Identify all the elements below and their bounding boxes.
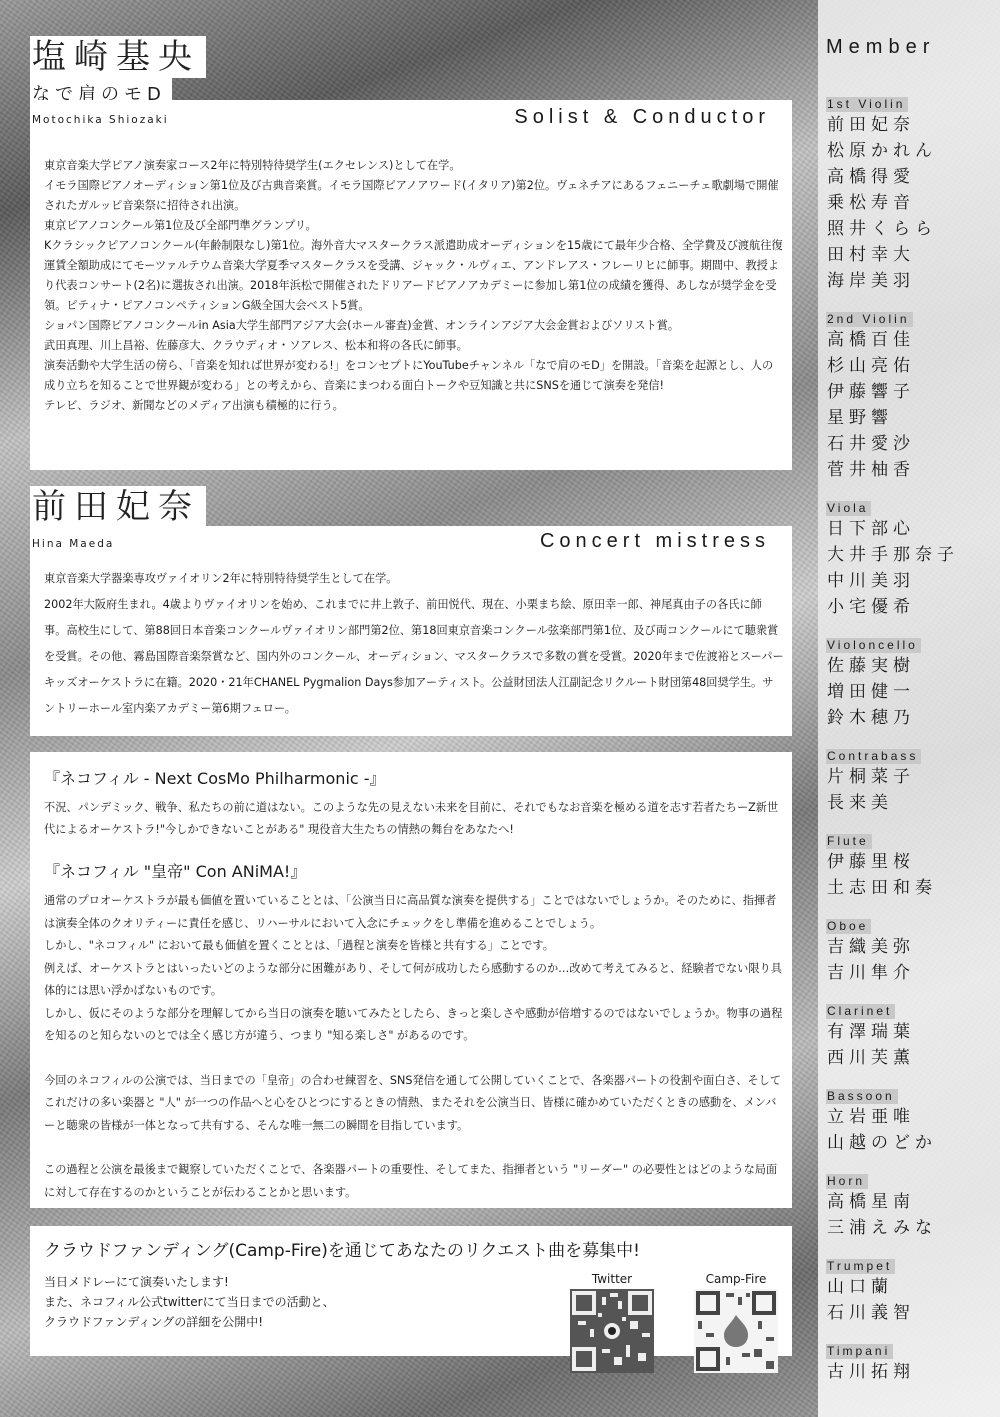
section-label: Violoncello bbox=[826, 638, 921, 653]
member-name: 高橋星南 bbox=[827, 1189, 1000, 1215]
member-name: 乗松寿音 bbox=[827, 190, 1000, 216]
member-name: 片桐菜子 bbox=[827, 764, 1000, 790]
member-section-2nd-violin: 2nd Violin高橋百佳杉山亮佑伊藤響子星野響石井愛沙菅井柚香 bbox=[826, 308, 1000, 483]
member-name: 照井くらら bbox=[827, 216, 1000, 242]
member-name: 西川芙薫 bbox=[827, 1045, 1000, 1071]
cm-bio: 東京音楽大学器楽専攻ヴァイオリン2年に特別特待奨学生として在学。2002年大阪府… bbox=[44, 566, 784, 722]
member-sidebar: Member 1st Violin前田妃奈松原かれん高橋得愛乗松寿音照井くらら田… bbox=[818, 0, 1000, 1417]
section-label: Contrabass bbox=[826, 749, 921, 764]
member-name: 吉川隼介 bbox=[827, 960, 1000, 986]
campfire-qr-code[interactable] bbox=[694, 1289, 778, 1373]
section-label: Oboe bbox=[826, 919, 871, 934]
section-label: Flute bbox=[826, 834, 872, 849]
member-name: 増田健一 bbox=[827, 679, 1000, 705]
member-title: Member bbox=[826, 36, 1000, 59]
member-name: 山越のどか bbox=[827, 1130, 1000, 1156]
member-name: 星野響 bbox=[827, 405, 1000, 431]
member-name: 古川拓翔 bbox=[827, 1359, 1000, 1385]
member-name: 大井手那奈子 bbox=[827, 542, 1000, 568]
section-label: 2nd Violin bbox=[826, 312, 913, 327]
member-name: 前田妃奈 bbox=[827, 112, 1000, 138]
member-section-flute: Flute伊藤里桜土志田和奏 bbox=[826, 830, 1000, 901]
conductor-name-jp: 塩崎基央 bbox=[30, 36, 206, 78]
conductor-panel: Motochika Shiozaki Solist & Conductor 東京… bbox=[30, 100, 792, 470]
member-name: 高橋得愛 bbox=[827, 164, 1000, 190]
member-section-bassoon: Bassoon立岩亜唯山越のどか bbox=[826, 1085, 1000, 1156]
fire-icon bbox=[724, 1315, 748, 1347]
member-section-oboe: Oboe吉織美弥吉川隼介 bbox=[826, 915, 1000, 986]
member-section-trumpet: Trumpet山口蘭石川義智 bbox=[826, 1255, 1000, 1326]
cm-name-en: Hina Maeda bbox=[32, 538, 114, 550]
member-name: 松原かれん bbox=[827, 138, 1000, 164]
member-name: 高橋百佳 bbox=[827, 327, 1000, 353]
bio-line: イモラ国際ピアノオーディション第1位及び古典音楽賞。イモラ国際ピアノアワード(イ… bbox=[44, 176, 784, 216]
qr-twitter-label: Twitter bbox=[570, 1272, 654, 1286]
about-line: しかし、仮にそのような部分を理解してから当日の演奏を聴いてみたとしたら、きっと楽… bbox=[44, 1003, 784, 1048]
member-name: 海岸美羽 bbox=[827, 268, 1000, 294]
bio-line: 2002年大阪府生まれ。4歳よりヴァイオリンを始め、これまでに井上敦子、前田悦代… bbox=[44, 592, 784, 722]
member-name: 立岩亜唯 bbox=[827, 1104, 1000, 1130]
qr-twitter-block: Twitter bbox=[570, 1272, 654, 1373]
about-para-4: この過程と公演を最後まで観察していただくことで、各楽器パートの重要性、そしてまた… bbox=[44, 1159, 784, 1204]
member-name: 土志田和奏 bbox=[827, 875, 1000, 901]
section-label: Clarinet bbox=[826, 1004, 895, 1019]
cm-name-box: 前田妃奈 bbox=[30, 486, 206, 528]
member-name: 石井愛沙 bbox=[827, 431, 1000, 457]
about-para-1: 不況、パンデミック、戦争、私たちの前に道はない。このような先の見えない未来を目前… bbox=[44, 797, 784, 841]
about-para-3: 今回のネコフィルの公演では、当日までの「皇帝」の合わせ練習を、SNS発信を通して… bbox=[44, 1070, 784, 1138]
cm-panel: Hina Maeda Concert mistress 東京音楽大学器楽専攻ヴァ… bbox=[30, 526, 792, 736]
conductor-role: Solist & Conductor bbox=[514, 106, 770, 129]
member-name: 吉織美弥 bbox=[827, 934, 1000, 960]
about-line: 通常のプロオーケストラが最も価値を置いていることとは、「公演当日に高品質な演奏を… bbox=[44, 890, 784, 935]
crowdfunding-panel: クラウドファンディング(Camp-Fire)を通じてあなたのリクエスト曲を募集中… bbox=[30, 1226, 792, 1356]
conductor-name-en: Motochika Shiozaki bbox=[32, 114, 169, 126]
member-name: 小宅優希 bbox=[827, 594, 1000, 620]
member-name: 杉山亮佑 bbox=[827, 353, 1000, 379]
cm-role: Concert mistress bbox=[540, 530, 770, 553]
about-panel: 『ネコフィル - Next CosMo Philharmonic -』 不況、パ… bbox=[30, 752, 792, 1208]
conductor-name-box: 塩崎基央 bbox=[30, 36, 206, 78]
about-heading-2: 『ネコフィル "皇帝" Con ANiMA!』 bbox=[44, 859, 784, 882]
member-name: 三浦えみな bbox=[827, 1215, 1000, 1241]
member-section-timpani: Timpani古川拓翔 bbox=[826, 1340, 1000, 1385]
member-section-1st-violin: 1st Violin前田妃奈松原かれん高橋得愛乗松寿音照井くらら田村幸大海岸美羽 bbox=[826, 93, 1000, 294]
cm-name-jp: 前田妃奈 bbox=[30, 486, 206, 528]
member-section-clarinet: Clarinet有澤瑞葉西川芙薫 bbox=[826, 1000, 1000, 1071]
member-name: 中川美羽 bbox=[827, 568, 1000, 594]
member-section-horn: Horn高橋星南三浦えみな bbox=[826, 1170, 1000, 1241]
member-section-contrabass: Contrabass片桐菜子長来美 bbox=[826, 745, 1000, 816]
bio-line: 東京ピアノコンクール第1位及び全部門準グランプリ。 bbox=[44, 216, 784, 236]
section-label: Trumpet bbox=[826, 1259, 895, 1274]
section-label: Horn bbox=[826, 1174, 868, 1189]
crowdfunding-line: クラウドファンディングの詳細を公開中! bbox=[44, 1312, 335, 1332]
bio-line: 東京音楽大学ピアノ演奏家コース2年に特別特待奨学生(エクセレンス)として在学。 bbox=[44, 156, 784, 176]
member-section-violoncello: Violoncello佐藤実樹増田健一鈴木穂乃 bbox=[826, 634, 1000, 731]
member-name: 石川義智 bbox=[827, 1300, 1000, 1326]
about-line: 例えば、オーケストラとはいったいどのような部分に困難があり、そして何が成功したら… bbox=[44, 958, 784, 1003]
member-name: 佐藤実樹 bbox=[827, 653, 1000, 679]
member-name: 伊藤響子 bbox=[827, 379, 1000, 405]
member-name: 山口蘭 bbox=[827, 1274, 1000, 1300]
member-section-viola: Viola日下部心大井手那奈子中川美羽小宅優希 bbox=[826, 497, 1000, 620]
member-sections: 1st Violin前田妃奈松原かれん高橋得愛乗松寿音照井くらら田村幸大海岸美羽… bbox=[826, 93, 1000, 1385]
bio-line: ショパン国際ピアノコンクールin Asia大学生部門アジア大会(ホール審査)金賞… bbox=[44, 316, 784, 336]
qr-pattern-icon bbox=[694, 1289, 778, 1373]
bio-line: 演奏活動や大学生活の傍ら、「音楽を知れば世界が変わる!」をコンセプトにYouTu… bbox=[44, 356, 784, 396]
member-name: 長来美 bbox=[827, 790, 1000, 816]
member-name: 菅井柚香 bbox=[827, 457, 1000, 483]
conductor-bio: 東京音楽大学ピアノ演奏家コース2年に特別特待奨学生(エクセレンス)として在学。イ… bbox=[44, 156, 784, 416]
member-name: 田村幸大 bbox=[827, 242, 1000, 268]
crowdfunding-line: 当日メドレーにて演奏いたします! bbox=[44, 1272, 335, 1292]
member-name: 鈴木穂乃 bbox=[827, 705, 1000, 731]
member-name: 日下部心 bbox=[827, 516, 1000, 542]
crowdfunding-heading: クラウドファンディング(Camp-Fire)を通じてあなたのリクエスト曲を募集中… bbox=[44, 1236, 640, 1261]
crowdfunding-line: また、ネコフィル公式twitterにて当日までの活動と、 bbox=[44, 1292, 335, 1312]
bio-line: テレビ、ラジオ、新聞などのメディア出演も積極的に行う。 bbox=[44, 396, 784, 416]
bio-line: Kクラシックピアノコンクール(年齢制限なし)第1位。海外音大マスタークラス派遣助… bbox=[44, 236, 784, 316]
about-line: しかし、"ネコフィル" において最も価値を置くこととは、「過程と演奏を皆様と共有… bbox=[44, 935, 784, 958]
crowdfunding-text: 当日メドレーにて演奏いたします!また、ネコフィル公式twitterにて当日までの… bbox=[44, 1272, 335, 1332]
about-para-2: 通常のプロオーケストラが最も価値を置いていることとは、「公演当日に高品質な演奏を… bbox=[44, 890, 784, 1048]
member-name: 伊藤里桜 bbox=[827, 849, 1000, 875]
bio-line: 東京音楽大学器楽専攻ヴァイオリン2年に特別特待奨学生として在学。 bbox=[44, 566, 784, 592]
twitter-qr-code[interactable] bbox=[570, 1289, 654, 1373]
about-heading-1: 『ネコフィル - Next CosMo Philharmonic -』 bbox=[44, 766, 784, 789]
section-label: 1st Violin bbox=[826, 97, 908, 112]
section-label: Bassoon bbox=[826, 1089, 898, 1104]
qr-campfire-label: Camp-Fire bbox=[694, 1272, 778, 1286]
bio-line: 武田真理、川上昌裕、佐藤彦大、クラウディオ・ソアレス、松本和将の各氏に師事。 bbox=[44, 336, 784, 356]
member-name: 有澤瑞葉 bbox=[827, 1019, 1000, 1045]
section-label: Timpani bbox=[826, 1344, 893, 1359]
qr-pattern-icon bbox=[570, 1289, 654, 1373]
qr-campfire-block: Camp-Fire bbox=[694, 1272, 778, 1373]
section-label: Viola bbox=[826, 501, 871, 516]
